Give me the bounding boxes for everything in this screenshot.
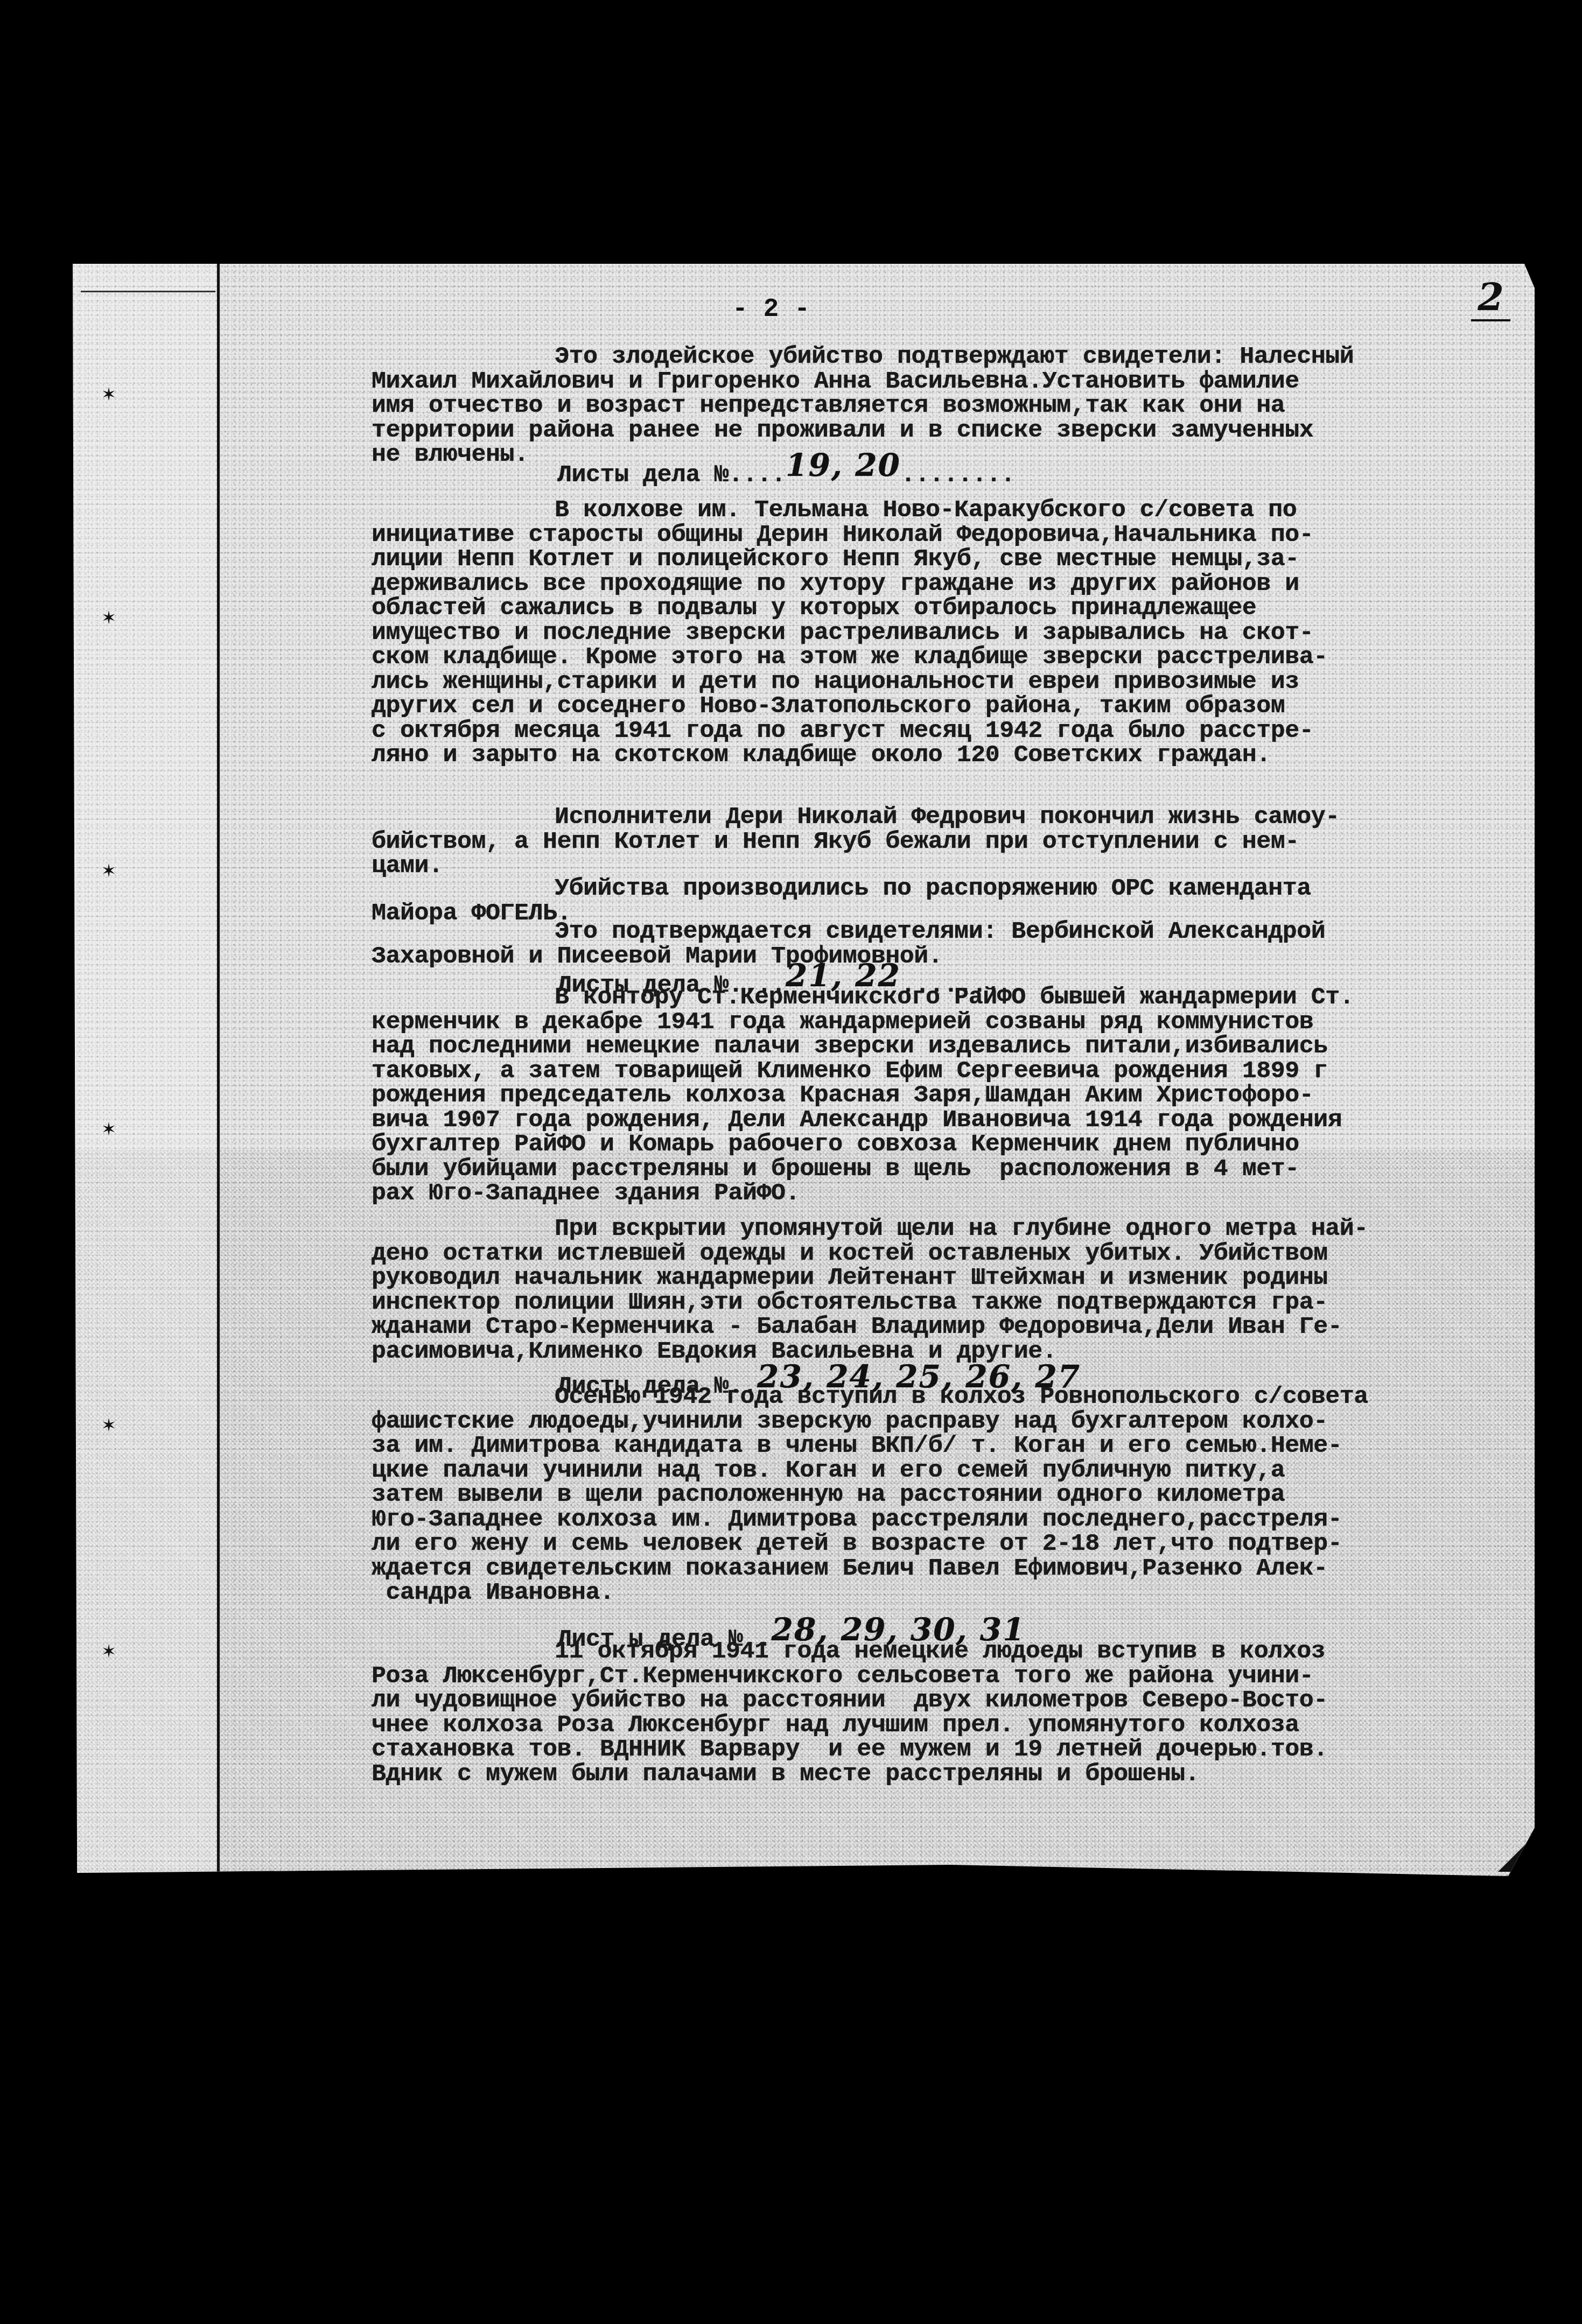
margin-star-icon: ✶ xyxy=(102,1416,115,1437)
paragraph-line: ждается свидетельским показанием Белич П… xyxy=(372,1556,1328,1581)
paragraph-line: инспектор полиции Шиян,эти обстоятельств… xyxy=(372,1290,1328,1315)
margin-star-icon: ✶ xyxy=(102,1642,115,1663)
binding-line xyxy=(217,264,220,1876)
paragraph-line: ли чудовищное убийство на расстоянии дву… xyxy=(372,1688,1328,1712)
paragraph-first-line: Это подтверждается свидетелями: Вербинск… xyxy=(555,919,1325,944)
paragraph-line: лись женщины,старики и дети по националь… xyxy=(372,670,1299,694)
paragraph-line: дено остатки истлевшей одежды и костей о… xyxy=(372,1241,1328,1266)
margin-star-icon: ✶ xyxy=(102,385,115,406)
paragraph-line: Михаил Михайлович и Григоренко Анна Васи… xyxy=(372,369,1299,394)
paragraph-line: ляно и зарыто на скотском кладбище около… xyxy=(372,743,1271,767)
paragraph-line: держивались все проходящие по хутору гра… xyxy=(372,572,1299,596)
paragraph-line: с октября месяца 1941 года по август мес… xyxy=(372,719,1313,743)
paragraph-line: керменчик в декабре 1941 года жандармери… xyxy=(372,1010,1313,1034)
paragraph-line: вича 1907 года рождения, Дели Александр … xyxy=(372,1108,1342,1132)
paragraph-line: были убийцами расстреляны и брошены в ще… xyxy=(372,1157,1299,1181)
paragraph-line: жданами Старо-Керменчика - Балабан Влади… xyxy=(372,1315,1342,1339)
paragraph-line: областей сажались в подвалы у которых от… xyxy=(372,596,1256,620)
paragraph-line: территории района ранее не проживали и в… xyxy=(372,418,1313,443)
document-page: ✶ ✶ ✶ ✶ ✶ ✶ - 2 - 2 Это злодейское убийс… xyxy=(73,264,1535,1876)
paragraph-first-line: Исполнители Дери Николай Федрович поконч… xyxy=(555,805,1340,829)
margin-rule xyxy=(81,291,215,292)
margin-star-icon: ✶ xyxy=(102,861,115,883)
paragraph-line: имя отчество и возраст непредставляется … xyxy=(372,394,1285,418)
paragraph-line: ском кладбище. Кроме этого на этом же кл… xyxy=(372,645,1328,669)
case-sheets-label: Листы дела №.... xyxy=(557,461,786,489)
folio-number: 2 xyxy=(1471,275,1510,321)
paragraph-line: фашистские людоеды,учинили зверскую расп… xyxy=(372,1409,1328,1434)
paragraph-line: цами. xyxy=(372,854,443,878)
case-sheets-reference: Листы дела №....19, 20........ xyxy=(557,455,1015,487)
paragraph-line: Вдник с мужем были палачами в месте расс… xyxy=(372,1762,1199,1786)
paragraph-line: цкие палачи учинили над тов. Коган и его… xyxy=(372,1458,1285,1483)
paragraph-line: за им. Димитрова кандидата в члены ВКП/б… xyxy=(372,1434,1342,1458)
paragraph-first-line: Осенью 1942 года вступил в колхоз Ровноп… xyxy=(555,1385,1368,1409)
paragraph-line: ли его жену и семь человек детей в возра… xyxy=(372,1532,1342,1556)
paragraph-line: чнее колхоза Роза Люксенбург над лучшим … xyxy=(372,1713,1299,1737)
margin-star-icon: ✶ xyxy=(102,608,115,630)
paragraph-line: Юго-Западнее колхоза им. Димитрова расст… xyxy=(372,1507,1342,1532)
page-header-number: - 2 - xyxy=(732,295,810,324)
paragraph-line: таковых, а затем товарищей Клименко Ефим… xyxy=(372,1059,1328,1083)
paragraph-line: рождения председатель колхоза Красная За… xyxy=(372,1083,1313,1107)
paragraph-line: руководил начальник жандармерии Лейтенан… xyxy=(372,1266,1328,1290)
paragraph-line: стахановка тов. ВДННИК Варвару и ее муже… xyxy=(372,1737,1328,1761)
folded-corner xyxy=(1498,1839,1530,1872)
paragraph-line: Майора ФОГЕЛЬ. xyxy=(372,901,571,925)
handwritten-sheet-numbers: 19, 20 xyxy=(786,447,901,483)
paragraph-line: бийством, а Непп Котлет и Непп Якуб бежа… xyxy=(372,830,1299,854)
paragraph-first-line: В колхове им. Тельмана Ново-Каракубского… xyxy=(555,498,1297,522)
paragraph-line: рах Юго-Западнее здания РайФО. xyxy=(372,1181,800,1205)
paragraph-line: над последними немецкие палачи зверски и… xyxy=(372,1034,1328,1058)
paragraph-line: сандра Ивановна. xyxy=(372,1581,614,1605)
margin-star-icon: ✶ xyxy=(102,1120,115,1141)
paragraph-line: затем вывели в щели расположенную на рас… xyxy=(372,1483,1285,1507)
paragraph-line: Роза Люксенбург,Ст.Керменчикского сельсо… xyxy=(372,1664,1313,1688)
paragraph-line: других сел и соседнего Ново-Златопольско… xyxy=(372,694,1285,718)
paragraph-first-line: Это злодейское убийство подтверждают сви… xyxy=(555,345,1354,369)
dotted-leader: ........ xyxy=(901,461,1015,489)
paragraph-line: не влючены. xyxy=(372,443,529,467)
paragraph-line: имущество и последние зверски растрелива… xyxy=(372,621,1313,645)
paragraph-first-line: В контору Ст.Керменчикского РайФО бывшей… xyxy=(555,985,1354,1009)
paragraph-first-line: При вскрытии упомянутой щели на глубине … xyxy=(555,1217,1368,1241)
paragraph-line: инициативе старосты общины Дерин Николай… xyxy=(372,523,1313,547)
paragraph-first-line: 11 октября 1941 года немецкие людоеды вс… xyxy=(555,1639,1325,1663)
paragraph-line: бухгалтер РайФО и Комарь рабочего совхоз… xyxy=(372,1132,1299,1156)
paragraph-first-line: Убийства производились по распоряжению О… xyxy=(555,876,1311,901)
paragraph-line: лиции Непп Котлет и полицейского Непп Як… xyxy=(372,547,1299,571)
binding-margin xyxy=(73,264,218,1876)
